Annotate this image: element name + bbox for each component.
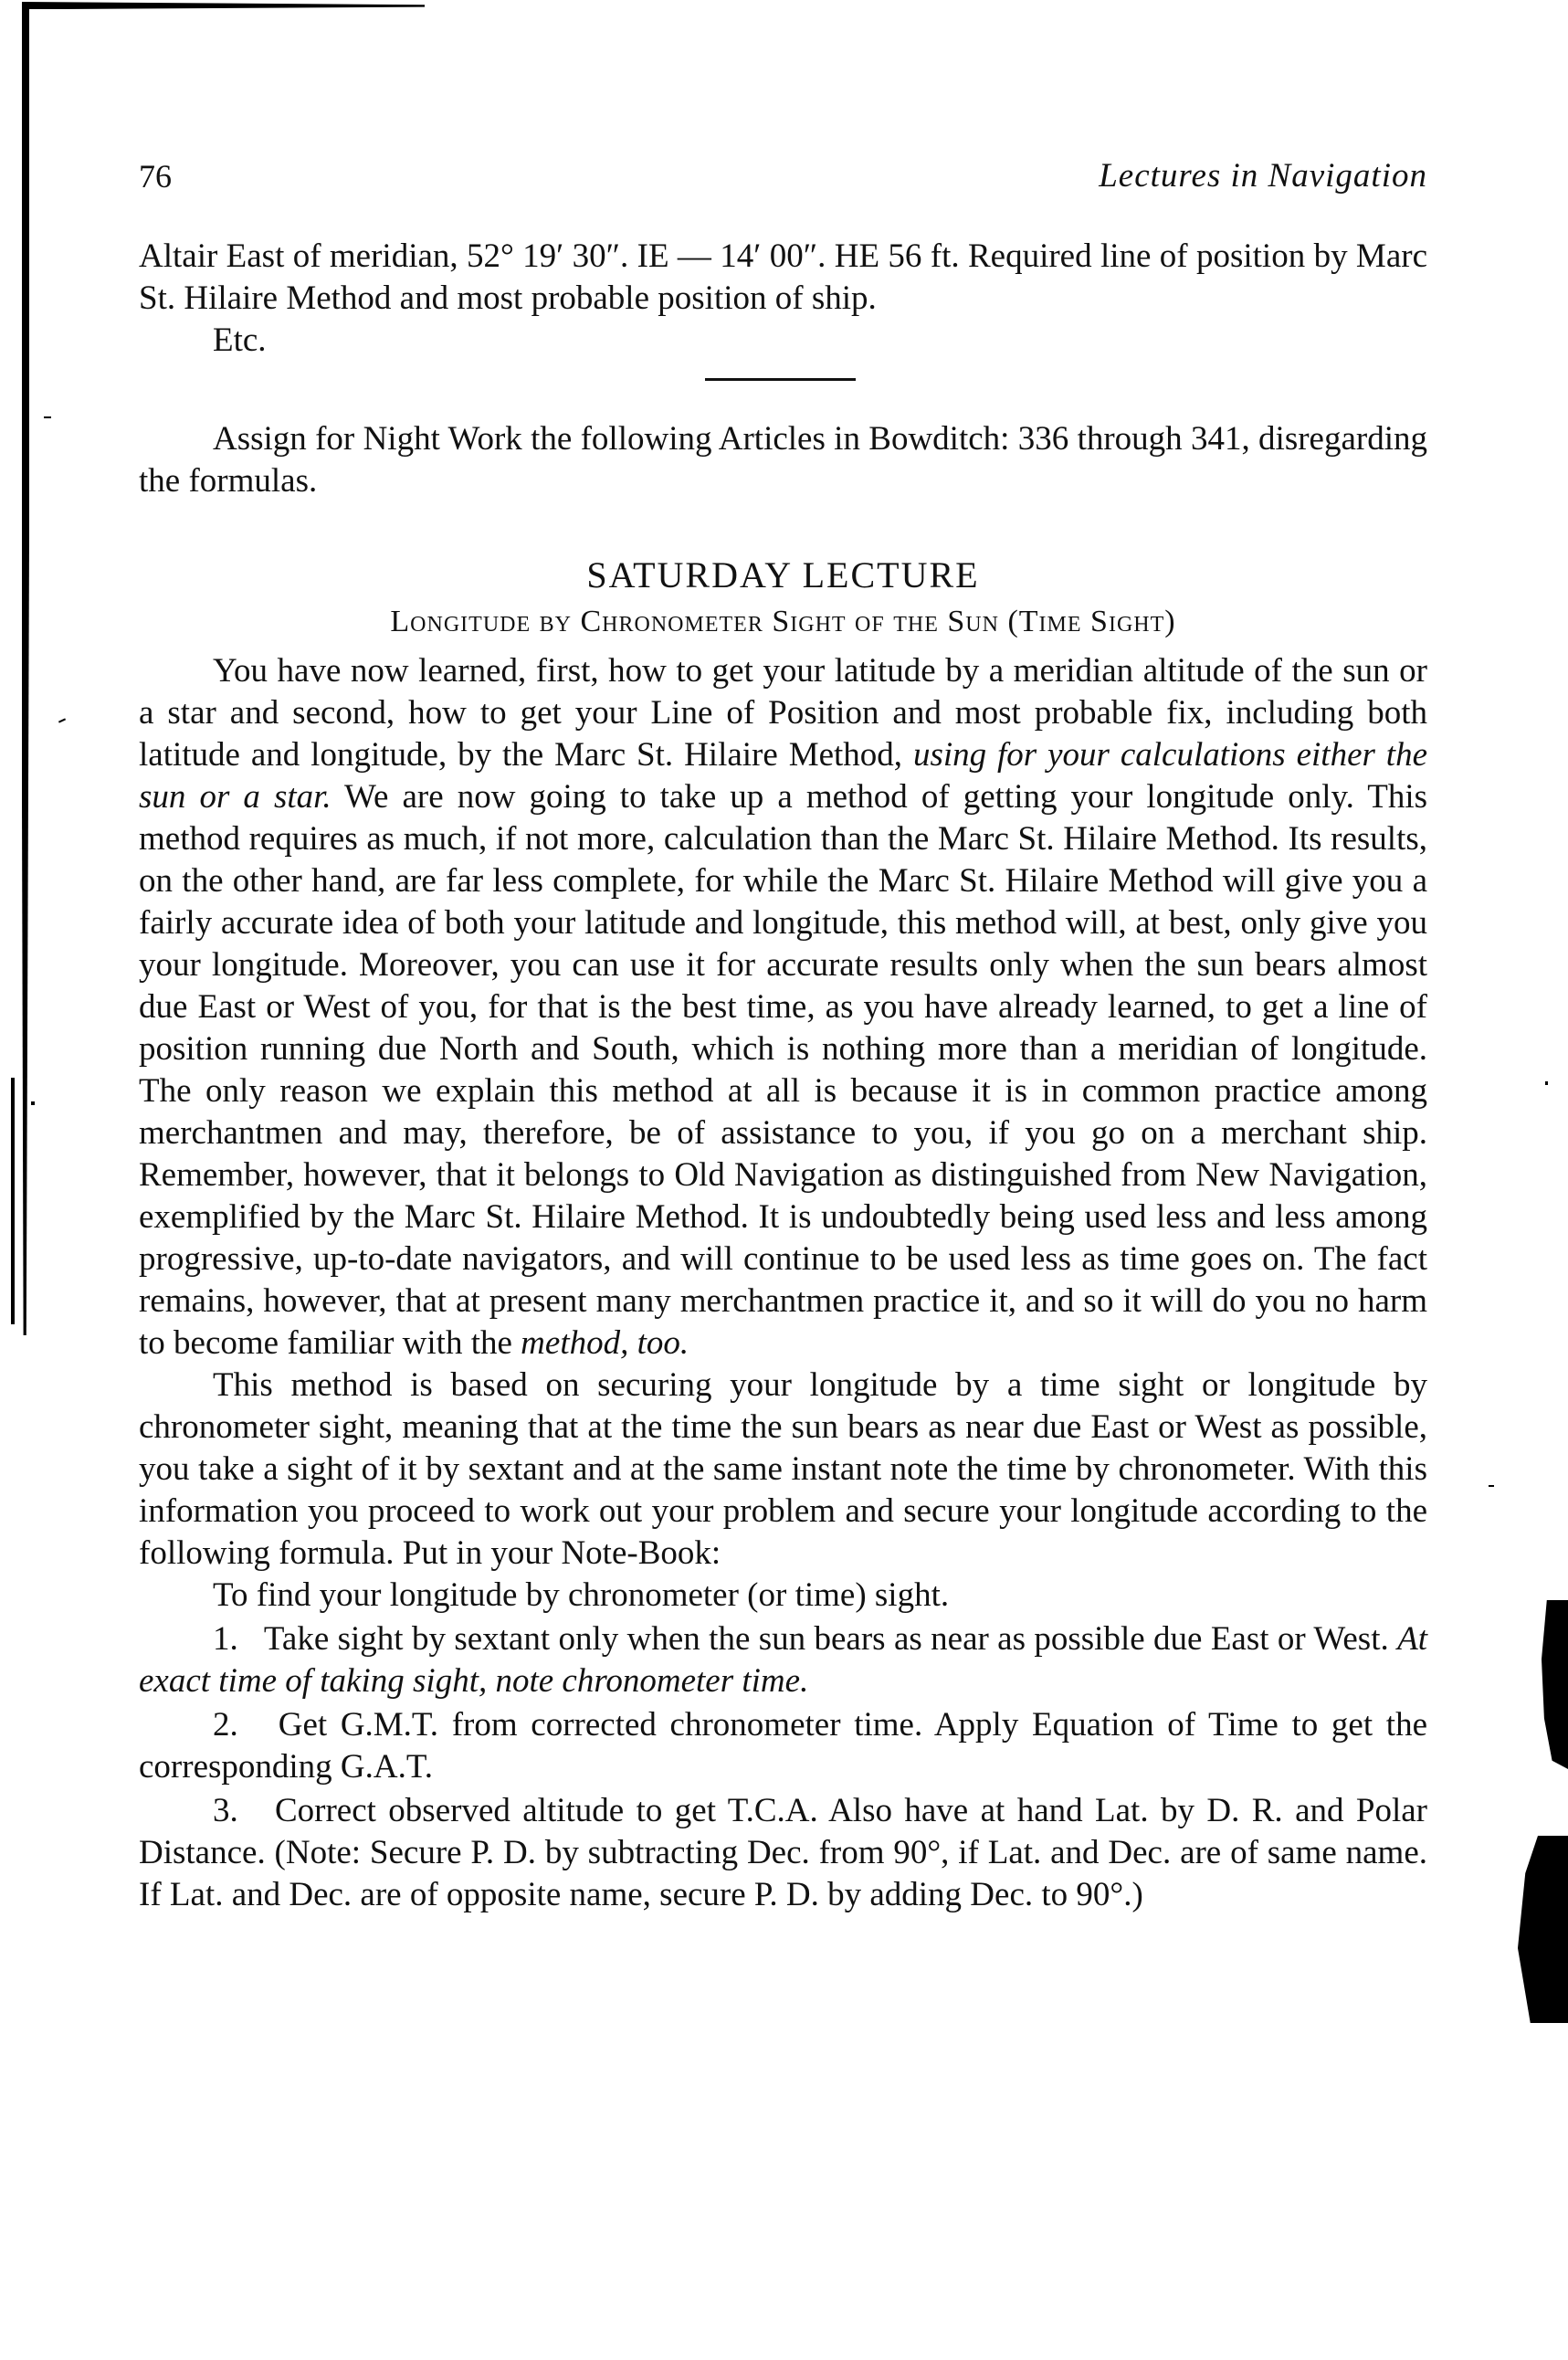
night-work-assignment: Assign for Night Work the following Arti… bbox=[139, 418, 1427, 502]
problem-statement: Altair East of meridian, 52° 19′ 30″. IE… bbox=[139, 236, 1427, 320]
formula-intro: To find your longitude by chronometer (o… bbox=[139, 1575, 1427, 1617]
divider-rule bbox=[705, 378, 856, 381]
step-text: Get G.M.T. from corrected chronometer ti… bbox=[139, 1706, 1427, 1786]
step-2: 2. Get G.M.T. from corrected chronometer… bbox=[139, 1704, 1427, 1788]
etc-line: Etc. bbox=[139, 320, 1427, 362]
step-number: 3. bbox=[213, 1792, 238, 1829]
running-title: Lectures in Navigation bbox=[1099, 155, 1427, 197]
para1-italic-b: method, too. bbox=[521, 1324, 689, 1362]
lecture-title: SATURDAY LECTURE bbox=[139, 552, 1427, 599]
scan-edge-left bbox=[22, 2, 29, 1335]
para1-text-b: We are now going to take up a method of … bbox=[139, 778, 1427, 1362]
running-head: 76 Lectures in Navigation bbox=[139, 155, 1427, 197]
step-text: Take sight by sextant only when the sun … bbox=[264, 1620, 1397, 1658]
scan-edge-left-lower bbox=[11, 1078, 15, 1324]
lecture-heading: SATURDAY LECTURE Longitude by Chronomete… bbox=[139, 552, 1427, 645]
step-number: 1. bbox=[213, 1620, 238, 1658]
step-3: 3. Correct observed altitude to get T.C.… bbox=[139, 1790, 1427, 1916]
body-paragraph-2: This method is based on securing your lo… bbox=[139, 1364, 1427, 1575]
book-page: 76 Lectures in Navigation Altair East of… bbox=[139, 155, 1427, 1916]
step-text: Correct observed altitude to get T.C.A. … bbox=[139, 1792, 1427, 1913]
step-1: 1. Take sight by sextant only when the s… bbox=[139, 1618, 1427, 1702]
scan-mark-tick bbox=[58, 718, 66, 722]
scan-mark-dash bbox=[44, 416, 51, 418]
scan-mark-dot-right bbox=[1545, 1081, 1548, 1085]
step-number: 2. bbox=[213, 1706, 238, 1744]
page-number: 76 bbox=[139, 155, 172, 197]
scan-mark-dash-right bbox=[1489, 1485, 1494, 1487]
scan-edge-right-lower bbox=[1518, 1836, 1568, 2023]
scan-edge-top bbox=[23, 2, 425, 9]
lecture-subtitle: Longitude by Chronometer Sight of the Su… bbox=[139, 599, 1427, 645]
scan-mark-dot bbox=[31, 1101, 35, 1105]
section-divider bbox=[139, 362, 1427, 395]
scan-edge-right-upper bbox=[1542, 1600, 1568, 1769]
body-paragraph-1: You have now learned, first, how to get … bbox=[139, 650, 1427, 1364]
